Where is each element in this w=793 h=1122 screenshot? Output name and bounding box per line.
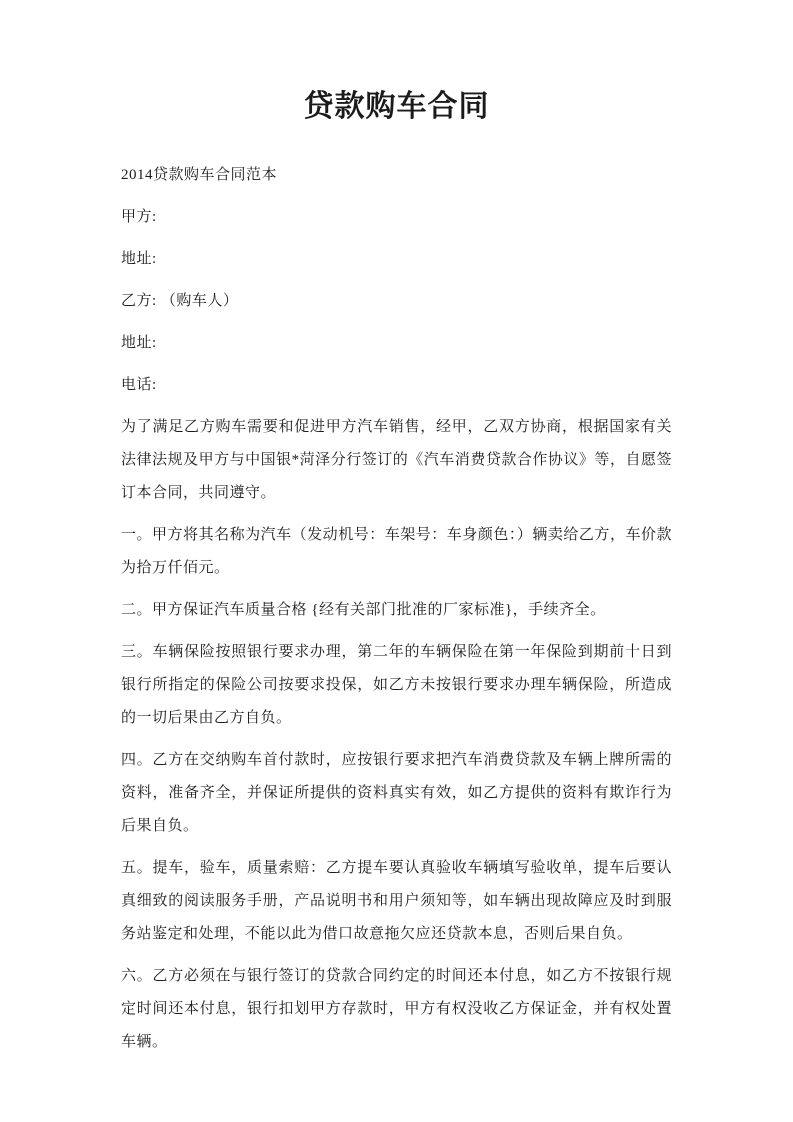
document-subtitle: 2014贷款购车合同范本	[121, 159, 672, 192]
clause-6-paragraph: 六。乙方必须在与银行签订的贷款合同约定的时间还本付息，如乙方不按银行规定时间还本…	[121, 960, 672, 1059]
clause-1-paragraph: 一。甲方将其名称为汽车（发动机号：车架号：车身颜色：）辆卖给乙方，车价款为拾万仟…	[121, 519, 672, 585]
clause-2-paragraph: 二。甲方保证汽车质量合格 {经有关部门批准的厂家标准}，手续齐全。	[121, 594, 672, 627]
document-page: 贷款购车合同 2014贷款购车合同范本 甲方: 地址: 乙方: （购车人） 地址…	[0, 0, 793, 1122]
clause-5-paragraph: 五。提车，验车，质量索赔：乙方提车要认真验收车辆填写验收单，提车后要认真细致的阅…	[121, 852, 672, 951]
party-b-phone-label: 电话:	[121, 369, 672, 402]
party-b-address-label: 地址:	[121, 327, 672, 360]
document-title: 贷款购车合同	[121, 86, 672, 128]
party-b-label: 乙方: （购车人）	[121, 285, 672, 318]
document-content: 贷款购车合同 2014贷款购车合同范本 甲方: 地址: 乙方: （购车人） 地址…	[0, 0, 793, 1059]
party-a-address-label: 地址:	[121, 243, 672, 276]
party-a-label: 甲方:	[121, 201, 672, 234]
preamble-paragraph: 为了满足乙方购车需要和促进甲方汽车销售，经甲，乙双方协商，根据国家有关法律法规及…	[121, 411, 672, 510]
clause-4-paragraph: 四。乙方在交纳购车首付款时，应按银行要求把汽车消费贷款及车辆上牌所需的资料，准备…	[121, 744, 672, 843]
clause-3-paragraph: 三。车辆保险按照银行要求办理，第二年的车辆保险在第一年保险到期前十日到银行所指定…	[121, 636, 672, 735]
